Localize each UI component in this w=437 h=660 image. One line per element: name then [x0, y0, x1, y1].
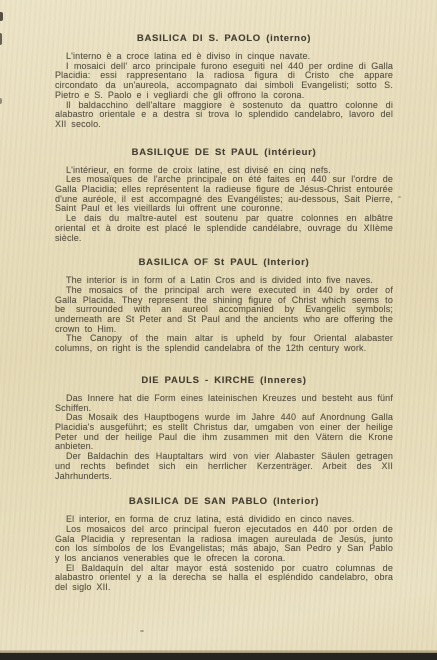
page-edge-mark — [0, 33, 2, 45]
paragraph: Das Mosaik des Hauptbogens wurde im Jahr… — [55, 413, 393, 452]
section-english: BASILICA OF St PAUL (Interior) The inter… — [55, 257, 393, 354]
section-heading-french: BASILIQUE DE St PAUL (intérieur) — [55, 147, 393, 158]
paragraph: Los mosaicos del arco principal fueron e… — [55, 525, 393, 564]
page-edge-mark — [0, 12, 3, 21]
paragraph: El Baldaquín del altar mayor está sosten… — [55, 564, 393, 593]
paragraph: Der Baldachin des Hauptaltars wird von v… — [55, 452, 393, 481]
page-bottom-edge-shadow — [0, 653, 437, 660]
section-spanish: BASILICA DE SAN PABLO (Interior) El inte… — [55, 496, 393, 593]
section-heading-spanish: BASILICA DE SAN PABLO (Interior) — [55, 496, 393, 507]
section-german: DIE PAULS - KIRCHE (Inneres) Das Innere … — [55, 375, 393, 481]
paragraph: The mosaics of the principal arch were e… — [55, 286, 393, 335]
scanned-guidebook-page: BASILICA DI S. PAOLO (interno) L'interno… — [0, 0, 437, 660]
section-heading-italian: BASILICA DI S. PAOLO (interno) — [55, 33, 393, 44]
page-edge-mark — [0, 98, 2, 104]
paper-stain — [140, 630, 144, 632]
paragraph: Le dais du maître-autel est soutenu par … — [55, 214, 393, 243]
paragraph: I mosaici dell' arco principale furono e… — [55, 62, 393, 101]
section-italian: BASILICA DI S. PAOLO (interno) L'interno… — [55, 33, 393, 130]
paragraph: The Canopy of the main altar is upheld b… — [55, 334, 393, 353]
paragraph: Il baldacchino dell'altare maggiore è so… — [55, 101, 393, 130]
text-column: BASILICA DI S. PAOLO (interno) L'interno… — [55, 0, 393, 593]
paper-stain — [398, 196, 401, 198]
paragraph: Das Innere hat die Form eines lateinisch… — [55, 394, 393, 413]
section-french: BASILIQUE DE St PAUL (intérieur) L'intér… — [55, 147, 393, 244]
paragraph: Les mosaïques de l'arche principale on é… — [55, 175, 393, 214]
section-heading-german: DIE PAULS - KIRCHE (Inneres) — [55, 375, 393, 386]
section-heading-english: BASILICA OF St PAUL (Interior) — [55, 257, 393, 268]
